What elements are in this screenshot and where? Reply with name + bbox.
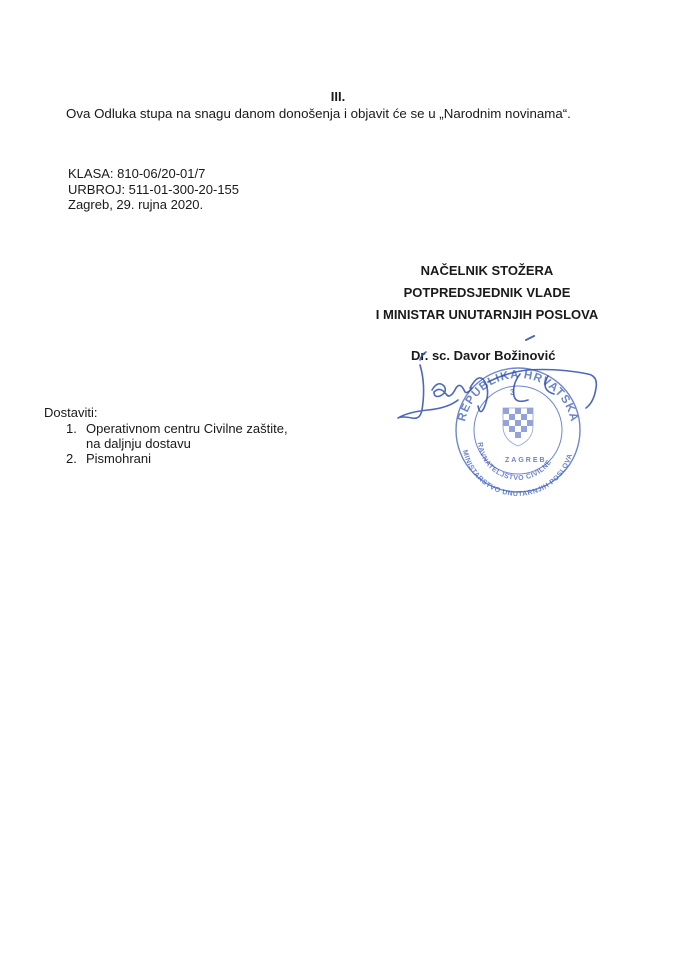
item-text: Operativnom centru Civilne zaštite, [86,421,288,436]
document-metadata: KLASA: 810-06/20-01/7 URBROJ: 511-01-300… [68,166,239,213]
distribution-list: 1. Operativnom centru Civilne zaštite, n… [66,421,288,466]
signatory-title-line: NAČELNIK STOŽERA [354,263,620,285]
distribution-item: 1. Operativnom centru Civilne zaštite, n… [66,421,288,451]
article-number: III. [0,89,682,104]
item-number: 1. [66,421,77,436]
signatory-title-line: I MINISTAR UNUTARNJIH POSLOVA [354,307,620,329]
distribution-label: Dostaviti: [44,405,97,420]
place-and-date: Zagreb, 29. rujna 2020. [68,197,239,213]
urbroj-reference: URBROJ: 511-01-300-20-155 [68,182,239,198]
decision-body-text: Ova Odluka stupa na snagu danom donošenj… [66,106,571,121]
item-number: 2. [66,451,77,466]
distribution-item: 2. Pismohrani [66,451,288,466]
signatory-title-line: POTPREDSJEDNIK VLADE [354,285,620,307]
klasa-reference: KLASA: 810-06/20-01/7 [68,166,239,182]
item-text: na daljnju dostavu [86,436,288,451]
official-seal-icon: REPUBLIKA HRVATSKA MINISTARSTVO UNUTARNJ… [380,330,620,500]
svg-text:ZAGREB: ZAGREB [505,457,547,464]
item-text: Pismohrani [86,451,288,466]
signatory-title-block: NAČELNIK STOŽERA POTPREDSJEDNIK VLADE I … [354,263,620,329]
